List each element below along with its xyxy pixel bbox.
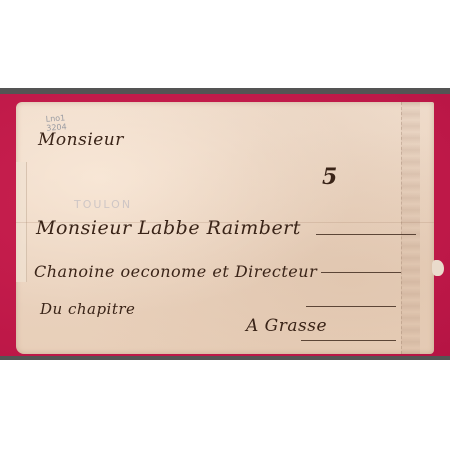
destination-town: A Grasse	[246, 316, 327, 336]
salutation-monsieur: Monsieur	[38, 130, 124, 150]
addressee-title: Chanoine oeconome et Directeur	[34, 262, 317, 281]
addressee-name: Monsieur Labbe Raimbert	[36, 217, 301, 239]
paper-tear	[432, 260, 444, 276]
postage-rate-mark: 5	[322, 164, 338, 190]
name-flourish	[316, 234, 416, 235]
destination-underline	[301, 340, 396, 341]
folded-letter: Lno1 3204 TOULON Monsieur 5 Monsieur Lab…	[16, 102, 434, 354]
faint-postmark: TOULON	[74, 198, 132, 211]
destination-flourish-top	[306, 306, 396, 307]
title-flourish	[321, 272, 401, 273]
letter-fold-right	[401, 102, 420, 354]
addressee-chapter: Du chapitre	[40, 300, 135, 318]
